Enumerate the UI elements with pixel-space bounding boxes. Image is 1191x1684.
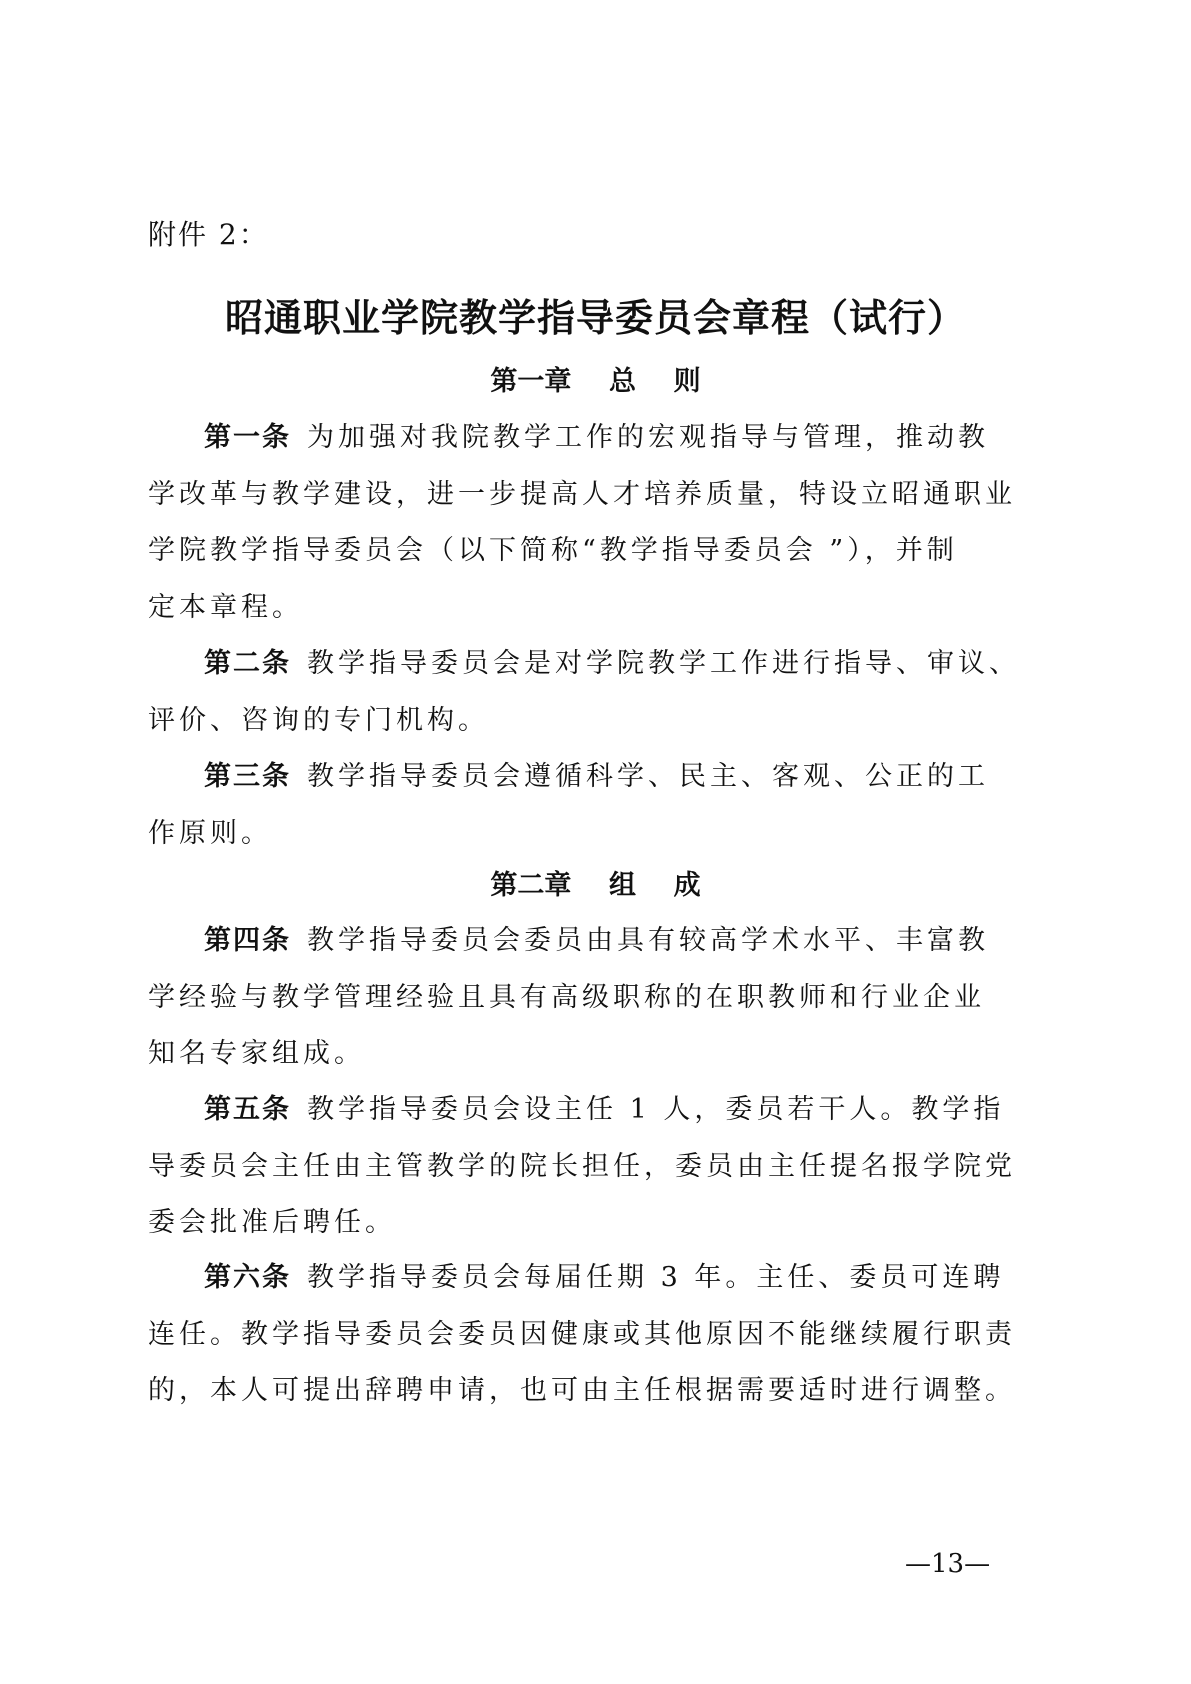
article-text: 教学指导委员会设主任 1 人，委员若干人。教学指 [307,1094,1004,1125]
article-3: 第三条教学指导委员会遵循科学、民主、客观、公正的工 作原则。 [148,749,1048,862]
document-title: 昭通职业学院教学指导委员会章程（试行） [0,293,1191,343]
article-6: 第六条教学指导委员会每届任期 3 年。主任、委员可连聘 连任。教学指导委员会委员… [148,1250,1048,1420]
article-3-line-1: 第三条教学指导委员会遵循科学、民主、客观、公正的工 [148,749,1048,806]
article-6-line-3: 的，本人可提出辞聘申请，也可由主任根据需要适时进行调整。 [148,1363,1048,1420]
page-number: —13— [905,1548,990,1580]
article-label: 第六条 [204,1262,291,1293]
document-page: 附件 2： 昭通职业学院教学指导委员会章程（试行） 第一章 总 则 第一条为加强… [0,0,1191,1684]
article-2-line-1: 第二条教学指导委员会是对学院教学工作进行指导、审议、 [148,636,1048,693]
article-6-line-1: 第六条教学指导委员会每届任期 3 年。主任、委员可连聘 [148,1250,1048,1307]
article-label: 第四条 [204,925,291,956]
article-2: 第二条教学指导委员会是对学院教学工作进行指导、审议、 评价、咨询的专门机构。 [148,636,1048,749]
article-4-line-1: 第四条教学指导委员会委员由具有较高学术水平、丰富教 [148,913,1048,970]
article-label: 第五条 [204,1094,291,1125]
article-label: 第一条 [204,422,291,453]
article-1-line-4: 定本章程。 [148,580,1048,637]
article-text: 教学指导委员会遵循科学、民主、客观、公正的工 [307,761,989,792]
article-3-line-2: 作原则。 [148,806,1048,863]
article-5-line-2: 导委员会主任由主管教学的院长担任，委员由主任提名报学院党 [148,1139,1048,1196]
article-2-line-2: 评价、咨询的专门机构。 [148,693,1048,750]
article-text: 教学指导委员会是对学院教学工作进行指导、审议、 [307,648,1020,679]
article-1-line-3: 学院教学指导委员会（以下简称“教学指导委员会 ”），并制 [148,523,1048,580]
article-1-line-1: 第一条为加强对我院教学工作的宏观指导与管理，推动教 [148,410,1048,467]
article-4-line-2: 学经验与教学管理经验且具有高级职称的在职教师和行业企业 [148,970,1048,1027]
chapter-heading-2: 第二章 组 成 [0,866,1191,906]
article-4: 第四条教学指导委员会委员由具有较高学术水平、丰富教 学经验与教学管理经验且具有高… [148,913,1048,1083]
article-text: 教学指导委员会每届任期 3 年。主任、委员可连聘 [307,1262,1004,1293]
article-label: 第三条 [204,761,291,792]
article-5-line-3: 委会批准后聘任。 [148,1195,1048,1252]
article-text: 为加强对我院教学工作的宏观指导与管理，推动教 [307,422,989,453]
chapter-heading-1: 第一章 总 则 [0,362,1191,402]
article-1: 第一条为加强对我院教学工作的宏观指导与管理，推动教 学改革与教学建设，进一步提高… [148,410,1048,636]
article-4-line-3: 知名专家组成。 [148,1026,1048,1083]
article-5-line-1: 第五条教学指导委员会设主任 1 人，委员若干人。教学指 [148,1082,1048,1139]
article-text: 教学指导委员会委员由具有较高学术水平、丰富教 [307,925,989,956]
article-1-line-2: 学改革与教学建设，进一步提高人才培养质量，特设立昭通职业 [148,467,1048,524]
attachment-label: 附件 2： [148,215,269,255]
article-6-line-2: 连任。教学指导委员会委员因健康或其他原因不能继续履行职责 [148,1307,1048,1364]
article-label: 第二条 [204,648,291,679]
article-5: 第五条教学指导委员会设主任 1 人，委员若干人。教学指 导委员会主任由主管教学的… [148,1082,1048,1252]
